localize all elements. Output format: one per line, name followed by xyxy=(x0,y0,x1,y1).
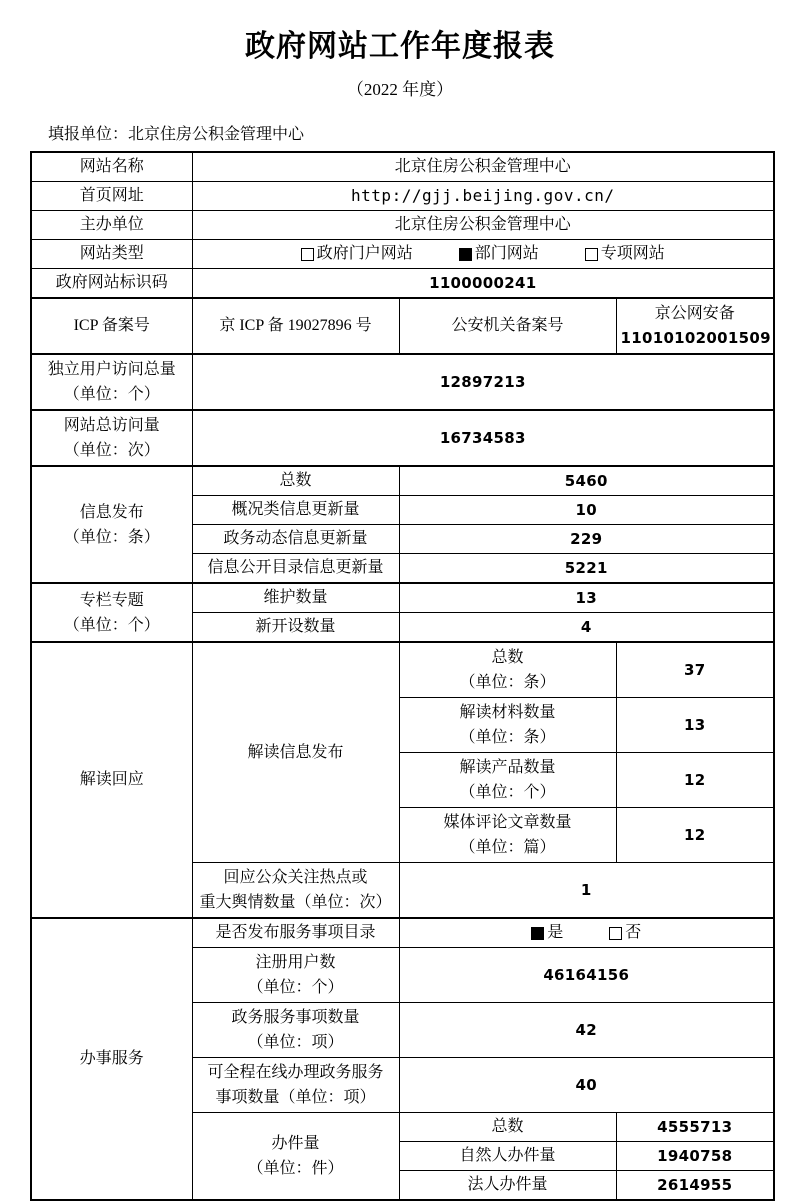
row-services-catalog: 办事服务 是否发布服务事项目录 是 否 xyxy=(31,918,774,948)
services-group: 办事服务 xyxy=(31,918,192,1200)
info-publish-overview-value: 10 xyxy=(399,496,774,525)
info-publish-group-line1: 信息发布 xyxy=(36,500,188,525)
row-total-visits: 网站总访问量 （单位：次） 16734583 xyxy=(31,410,774,466)
interpretation-total-label-line1: 总数 xyxy=(404,645,612,670)
online-items-label-line1: 可全程在线办理政务服务 xyxy=(197,1060,395,1085)
catalog-option-no[interactable]: 否 xyxy=(609,921,641,945)
interpretation-products-label: 解读产品数量 （单位：个） xyxy=(399,753,616,808)
interpretation-products-label-line1: 解读产品数量 xyxy=(404,755,612,780)
interpretation-total-value: 37 xyxy=(616,642,774,698)
cases-natural-label: 自然人办件量 xyxy=(399,1142,616,1171)
site-id-value: 1100000241 xyxy=(192,269,774,299)
home-url-label: 首页网址 xyxy=(31,182,192,211)
interpretation-media-label: 媒体评论文章数量 （单位：篇） xyxy=(399,808,616,863)
row-site-type: 网站类型 政府门户网站 部门网站 专项网站 xyxy=(31,240,774,269)
online-items-label: 可全程在线办理政务服务 事项数量（单位：项） xyxy=(192,1058,399,1113)
info-publish-news-label: 政务动态信息更新量 xyxy=(192,525,399,554)
interpretation-products-label-line2: （单位：个） xyxy=(404,780,612,805)
total-visits-value: 16734583 xyxy=(192,410,774,466)
page-title: 政府网站工作年度报表 xyxy=(0,26,800,68)
services-catalog-options: 是 否 xyxy=(399,918,774,948)
site-type-option-special[interactable]: 专项网站 xyxy=(585,242,665,266)
row-interpretation-total: 解读回应 解读信息发布 总数 （单位：条） 37 xyxy=(31,642,774,698)
total-visits-label: 网站总访问量 （单位：次） xyxy=(31,410,192,466)
interpretation-total-label: 总数 （单位：条） xyxy=(399,642,616,698)
site-type-option-department-label: 部门网站 xyxy=(475,242,539,266)
site-type-option-portal[interactable]: 政府门户网站 xyxy=(301,242,413,266)
site-type-options: 政府门户网站 部门网站 专项网站 xyxy=(192,240,774,269)
cases-group: 办件量 （单位：件） xyxy=(192,1113,399,1201)
cases-total-value: 4555713 xyxy=(616,1113,774,1142)
home-url-value: http://gjj.beijing.gov.cn/ xyxy=(192,182,774,211)
total-visits-label-line1: 网站总访问量 xyxy=(36,413,188,438)
unique-visitors-label-line2: （单位：个） xyxy=(36,382,188,407)
special-columns-maintain-value: 13 xyxy=(399,583,774,613)
site-name-label: 网站名称 xyxy=(31,152,192,182)
service-items-label-line2: （单位：项） xyxy=(197,1030,395,1055)
info-publish-news-value: 229 xyxy=(399,525,774,554)
service-items-value: 42 xyxy=(399,1003,774,1058)
catalog-option-no-label: 否 xyxy=(625,921,641,945)
online-items-label-line2: 事项数量（单位：项） xyxy=(197,1085,395,1110)
catalog-option-yes[interactable]: 是 xyxy=(531,921,563,945)
icp-label: ICP 备案号 xyxy=(31,298,192,354)
info-publish-catalog-label: 信息公开目录信息更新量 xyxy=(192,554,399,584)
interpretation-group: 解读回应 xyxy=(31,642,192,918)
cases-total-label: 总数 xyxy=(399,1113,616,1142)
special-columns-group-line2: （单位：个） xyxy=(36,613,188,638)
police-filing-line1: 京公网安备 xyxy=(621,301,770,326)
reporting-unit: 填报单位：北京住房公积金管理中心 xyxy=(48,124,800,146)
service-items-label-line1: 政务服务事项数量 xyxy=(197,1005,395,1030)
interpretation-response-value: 1 xyxy=(399,863,774,919)
police-filing-line2: 11010102001509 xyxy=(621,326,770,351)
info-publish-overview-label: 概况类信息更新量 xyxy=(192,496,399,525)
interpretation-materials-label-line2: （单位：条） xyxy=(404,725,612,750)
police-filing-value: 京公网安备 11010102001509 xyxy=(616,298,774,354)
unique-visitors-label: 独立用户访问总量 （单位：个） xyxy=(31,354,192,410)
info-publish-group: 信息发布 （单位：条） xyxy=(31,466,192,583)
catalog-option-yes-label: 是 xyxy=(547,921,563,945)
special-columns-new-value: 4 xyxy=(399,613,774,643)
unique-visitors-label-line1: 独立用户访问总量 xyxy=(36,357,188,382)
info-publish-catalog-value: 5221 xyxy=(399,554,774,584)
services-catalog-options-group: 是 否 xyxy=(404,921,770,945)
site-type-option-portal-label: 政府门户网站 xyxy=(317,242,413,266)
interpretation-materials-value: 13 xyxy=(616,698,774,753)
row-home-url: 首页网址 http://gjj.beijing.gov.cn/ xyxy=(31,182,774,211)
interpretation-products-value: 12 xyxy=(616,753,774,808)
police-filing-label: 公安机关备案号 xyxy=(399,298,616,354)
interpretation-response-label-line2: 重大舆情数量（单位：次） xyxy=(197,890,395,915)
sponsor-value: 北京住房公积金管理中心 xyxy=(192,211,774,240)
info-publish-group-line2: （单位：条） xyxy=(36,525,188,550)
cases-legal-label: 法人办件量 xyxy=(399,1171,616,1201)
interpretation-materials-label-line1: 解读材料数量 xyxy=(404,700,612,725)
row-site-id: 政府网站标识码 1100000241 xyxy=(31,269,774,299)
page-subtitle: （2022 年度） xyxy=(0,78,800,102)
checkbox-no-icon xyxy=(609,927,622,940)
row-info-publish-total: 信息发布 （单位：条） 总数 5460 xyxy=(31,466,774,496)
interpretation-total-label-line2: （单位：条） xyxy=(404,670,612,695)
registered-users-value: 46164156 xyxy=(399,948,774,1003)
row-site-name: 网站名称 北京住房公积金管理中心 xyxy=(31,152,774,182)
registered-users-label-line2: （单位：个） xyxy=(197,975,395,1000)
row-sponsor: 主办单位 北京住房公积金管理中心 xyxy=(31,211,774,240)
row-unique-visitors: 独立用户访问总量 （单位：个） 12897213 xyxy=(31,354,774,410)
special-columns-maintain-label: 维护数量 xyxy=(192,583,399,613)
site-type-options-group: 政府门户网站 部门网站 专项网站 xyxy=(197,242,770,266)
checkbox-portal-icon xyxy=(301,248,314,261)
site-type-option-special-label: 专项网站 xyxy=(601,242,665,266)
registered-users-label-line1: 注册用户数 xyxy=(197,950,395,975)
annual-report-table: 网站名称 北京住房公积金管理中心 首页网址 http://gjj.beijing… xyxy=(30,151,775,1201)
icp-value: 京 ICP 备 19027896 号 xyxy=(192,298,399,354)
total-visits-label-line2: （单位：次） xyxy=(36,438,188,463)
cases-group-line1: 办件量 xyxy=(197,1131,395,1156)
interpretation-media-value: 12 xyxy=(616,808,774,863)
checkbox-special-icon xyxy=(585,248,598,261)
info-publish-total-label: 总数 xyxy=(192,466,399,496)
interpretation-media-label-line1: 媒体评论文章数量 xyxy=(404,810,612,835)
service-items-label: 政务服务事项数量 （单位：项） xyxy=(192,1003,399,1058)
interpretation-publish-label: 解读信息发布 xyxy=(192,642,399,863)
row-special-columns-maintain: 专栏专题 （单位：个） 维护数量 13 xyxy=(31,583,774,613)
checkbox-yes-icon xyxy=(531,927,544,940)
row-icp: ICP 备案号 京 ICP 备 19027896 号 公安机关备案号 京公网安备… xyxy=(31,298,774,354)
cases-group-line2: （单位：件） xyxy=(197,1156,395,1181)
online-items-value: 40 xyxy=(399,1058,774,1113)
checkbox-department-icon xyxy=(459,248,472,261)
interpretation-response-label-line1: 回应公众关注热点或 xyxy=(197,865,395,890)
sponsor-label: 主办单位 xyxy=(31,211,192,240)
interpretation-media-label-line2: （单位：篇） xyxy=(404,835,612,860)
special-columns-new-label: 新开设数量 xyxy=(192,613,399,643)
services-catalog-label: 是否发布服务事项目录 xyxy=(192,918,399,948)
unique-visitors-value: 12897213 xyxy=(192,354,774,410)
registered-users-label: 注册用户数 （单位：个） xyxy=(192,948,399,1003)
site-type-option-department[interactable]: 部门网站 xyxy=(459,242,539,266)
site-name-value: 北京住房公积金管理中心 xyxy=(192,152,774,182)
site-id-label: 政府网站标识码 xyxy=(31,269,192,299)
special-columns-group-line1: 专栏专题 xyxy=(36,588,188,613)
site-type-label: 网站类型 xyxy=(31,240,192,269)
info-publish-total-value: 5460 xyxy=(399,466,774,496)
special-columns-group: 专栏专题 （单位：个） xyxy=(31,583,192,642)
interpretation-materials-label: 解读材料数量 （单位：条） xyxy=(399,698,616,753)
cases-natural-value: 1940758 xyxy=(616,1142,774,1171)
cases-legal-value: 2614955 xyxy=(616,1171,774,1201)
interpretation-response-label: 回应公众关注热点或 重大舆情数量（单位：次） xyxy=(192,863,399,919)
